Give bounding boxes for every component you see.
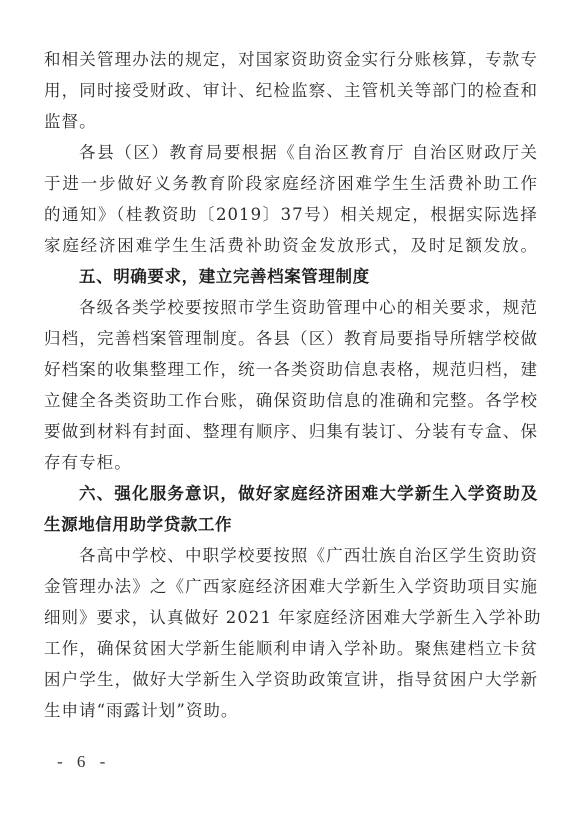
paragraph-line: 于进一步做好义务教育阶段家庭经济困难学生生活费补助工作 [44, 168, 538, 199]
paragraph-line: 金管理办法》之《广西家庭经济困难大学新生入学资助项目实施 [44, 571, 538, 602]
document-body: 和相关管理办法的规定，对国家资助资金实行分账核算，专款专 用，同时接受财政、审计… [44, 44, 538, 726]
paragraph-line: 家庭经济困难学生生活费补助资金发放形式，及时足额发放。 [44, 230, 538, 261]
paragraph-line: 各县（区）教育局要根据《自治区教育厅 自治区财政厅关 [44, 137, 538, 168]
paragraph-line: 生申请“雨露计划”资助。 [44, 695, 538, 726]
section-heading-5: 五、明确要求，建立完善档案管理制度 [44, 261, 538, 292]
paragraph-line: 细则》要求，认真做好 2021 年家庭经济困难大学新生入学补助 [44, 602, 538, 633]
page-number: - 6 - [57, 752, 110, 772]
paragraph-line: 各级各类学校要按照市学生资助管理中心的相关要求，规范 [44, 292, 538, 323]
paragraph-line: 工作，确保贫困大学新生能顺利申请入学补助。聚焦建档立卡贫 [44, 633, 538, 664]
document-page: 和相关管理办法的规定，对国家资助资金实行分账核算，专款专 用，同时接受财政、审计… [0, 0, 576, 822]
section-heading-6-continued: 生源地信用助学贷款工作 [44, 509, 538, 540]
section-heading-6: 六、强化服务意识，做好家庭经济困难大学新生入学资助及 [44, 478, 538, 509]
paragraph-line: 监督。 [44, 106, 538, 137]
paragraph-line: 用，同时接受财政、审计、纪检监察、主管机关等部门的检查和 [44, 75, 538, 106]
paragraph-line: 要做到材料有封面、整理有顺序、归集有装订、分装有专盒、保 [44, 416, 538, 447]
paragraph-line: 困户学生，做好大学新生入学资助政策宣讲，指导贫困户大学新 [44, 664, 538, 695]
paragraph-line: 和相关管理办法的规定，对国家资助资金实行分账核算，专款专 [44, 44, 538, 75]
paragraph-line: 的通知》（桂教资助〔2019〕37号）相关规定，根据实际选择 [44, 199, 538, 230]
paragraph-line: 各高中学校、中职学校要按照《广西壮族自治区学生资助资 [44, 540, 538, 571]
paragraph-line: 归档，完善档案管理制度。各县（区）教育局要指导所辖学校做 [44, 323, 538, 354]
paragraph-line: 立健全各类资助工作台账，确保资助信息的准确和完整。各学校 [44, 385, 538, 416]
paragraph-line: 存有专柜。 [44, 447, 538, 478]
paragraph-line: 好档案的收集整理工作，统一各类资助信息表格，规范归档，建 [44, 354, 538, 385]
